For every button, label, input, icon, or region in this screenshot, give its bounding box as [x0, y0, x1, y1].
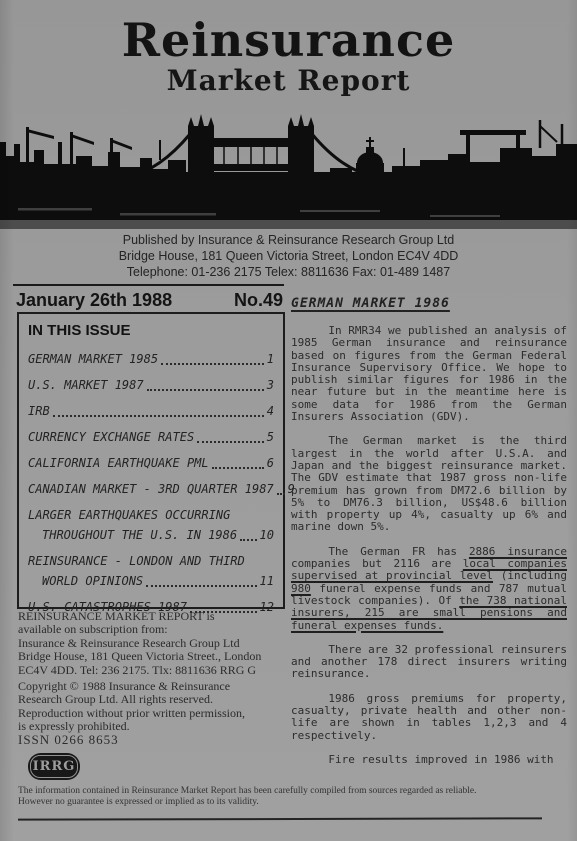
- text-line: Telephone: 01-236 2175 Telex: 8811636 Fa…: [0, 264, 577, 280]
- underlined-text: supervised at provincial level: [291, 569, 493, 582]
- toc-item: GERMAN MARKET 19851: [28, 349, 274, 369]
- text-segment: The German market is the third largest i…: [291, 434, 567, 533]
- article-heading: GERMAN MARKET 1986: [291, 296, 567, 311]
- toc-item: WORLD OPINIONS11: [28, 571, 274, 591]
- toc-item: REINSURANCE - LONDON AND THIRD: [28, 551, 274, 571]
- toc-item: THROUGHOUT THE U.S. IN 198610: [28, 525, 274, 545]
- text-segment: In RMR34 we published an analysis of 198…: [291, 324, 567, 423]
- masthead-title: Reinsurance: [0, 16, 577, 64]
- text-segment: companies but 2116 are: [291, 557, 463, 570]
- toc-item: CALIFORNIA EARTHQUAKE PML6: [28, 453, 274, 473]
- text-line: Copyright © 1988 Insurance & Reinsurance: [18, 680, 288, 693]
- toc-item-label: CANADIAN MARKET - 3RD QUARTER 1987: [28, 479, 274, 499]
- text-segment: (including: [493, 569, 567, 582]
- irrg-logo-text: IRRG: [33, 759, 76, 774]
- article-body: In RMR34 we published an analysis of 198…: [291, 325, 567, 766]
- text-segment: Fire results improved in 1986 with: [328, 753, 553, 766]
- table-of-contents: IN THIS ISSUE GERMAN MARKET 19851U.S. MA…: [17, 312, 285, 609]
- toc-item-label: CURRENCY EXCHANGE RATES: [28, 427, 194, 447]
- article-paragraph: There are 32 professional reinsurers and…: [291, 644, 567, 681]
- newsletter-cover-page: Reinsurance Market Report: [0, 0, 577, 841]
- header-rule: [13, 284, 284, 286]
- text-line: The information contained in Reinsurance…: [18, 786, 558, 797]
- issn-number: ISSN 0266 8653: [18, 732, 119, 748]
- toc-item: U.S. MARKET 19873: [28, 375, 274, 395]
- toc-leader-dots: [240, 539, 256, 541]
- toc-item: LARGER EARTHQUAKES OCCURRING: [28, 505, 274, 525]
- article-paragraph: The German market is the third largest i…: [291, 435, 567, 533]
- toc-item-label: REINSURANCE - LONDON AND THIRD: [28, 551, 245, 571]
- publisher-block: Published by Insurance & Reinsurance Res…: [0, 232, 577, 280]
- underlined-text: 980: [291, 582, 311, 595]
- masthead: Reinsurance Market Report: [0, 16, 577, 96]
- toc-leader-dots: [147, 389, 264, 391]
- underlined-text: 2886 insurance: [469, 545, 567, 558]
- lead-article: GERMAN MARKET 1986 In RMR34 we published…: [291, 296, 567, 778]
- toc-item-label: LARGER EARTHQUAKES OCCURRING: [28, 505, 230, 525]
- toc-item-label: WORLD OPINIONS: [42, 571, 143, 591]
- footer-rule: [18, 817, 542, 820]
- text-line: Published by Insurance & Reinsurance Res…: [0, 232, 577, 248]
- london-skyline-silhouette: [0, 112, 577, 229]
- toc-leader-dots: [277, 493, 285, 495]
- text-line: Research Group Ltd. All rights reserved.: [18, 693, 288, 706]
- text-segment: 1986 gross premiums for property, casual…: [291, 692, 567, 742]
- toc-leader-dots: [197, 441, 264, 443]
- underlined-text: local companies: [463, 557, 567, 570]
- toc-leader-dots: [212, 467, 264, 469]
- text-line: However no guarantee is expressed or imp…: [18, 797, 558, 808]
- toc-item: CURRENCY EXCHANGE RATES5: [28, 427, 274, 447]
- toc-page-number: 1: [267, 349, 274, 369]
- toc-item: IRB4: [28, 401, 274, 421]
- toc-item-label: IRB: [28, 401, 50, 421]
- issue-date: January 26th 1988: [16, 290, 172, 311]
- toc-page-number: 11: [260, 571, 274, 591]
- toc-leader-dots: [146, 585, 256, 587]
- text-line: Reproduction without prior written permi…: [18, 707, 288, 720]
- issue-number: No.49: [234, 290, 283, 311]
- text-segment: The German FR has: [328, 545, 469, 558]
- text-line: Insurance & Reinsurance Research Group L…: [18, 637, 288, 650]
- copyright-block: Copyright © 1988 Insurance & Reinsurance…: [18, 680, 288, 734]
- toc-page-number: 5: [267, 427, 274, 447]
- text-segment: There are 32 professional reinsurers and…: [291, 643, 567, 681]
- issue-row: January 26th 1988 No.49: [16, 290, 283, 311]
- irrg-logo: IRRG: [28, 753, 80, 780]
- text-line: Bridge House, 181 Queen Victoria Street,…: [0, 248, 577, 264]
- toc-item-label: CALIFORNIA EARTHQUAKE PML: [28, 453, 209, 473]
- toc-page-number: 6: [267, 453, 274, 473]
- toc-heading: IN THIS ISSUE: [28, 322, 274, 339]
- toc-leader-dots: [53, 415, 264, 417]
- toc-page-number: 10: [260, 525, 274, 545]
- toc-item-label: THROUGHOUT THE U.S. IN 1986: [42, 525, 237, 545]
- article-paragraph: In RMR34 we published an analysis of 198…: [291, 325, 567, 423]
- toc-item-label: GERMAN MARKET 1985: [28, 349, 158, 369]
- toc-leader-dots: [161, 363, 264, 365]
- text-line: available on subscription from:: [18, 623, 288, 636]
- article-paragraph: Fire results improved in 1986 with: [291, 754, 567, 766]
- toc-items: GERMAN MARKET 19851U.S. MARKET 19873IRB4…: [28, 349, 274, 617]
- toc-item-label: U.S. MARKET 1987: [28, 375, 144, 395]
- tower-bridge-silhouette-image: [0, 112, 577, 229]
- disclaimer-fineprint: The information contained in Reinsurance…: [18, 786, 558, 808]
- masthead-subtitle: Market Report: [0, 66, 577, 96]
- article-paragraph: 1986 gross premiums for property, casual…: [291, 693, 567, 742]
- text-line: EC4V 4DD. Tel: 236 2175. Tlx: 8811636 RR…: [18, 664, 288, 677]
- text-line: REINSURANCE MARKET REPORT is: [18, 610, 288, 623]
- text-line: Bridge House, 181 Queen Victoria Street.…: [18, 650, 288, 663]
- article-paragraph: The German FR has 2886 insurance compani…: [291, 546, 567, 632]
- toc-page-number: 3: [267, 375, 274, 395]
- toc-page-number: 4: [267, 401, 274, 421]
- subscription-block: REINSURANCE MARKET REPORT isavailable on…: [18, 610, 288, 677]
- toc-item: CANADIAN MARKET - 3RD QUARTER 19879: [28, 479, 274, 499]
